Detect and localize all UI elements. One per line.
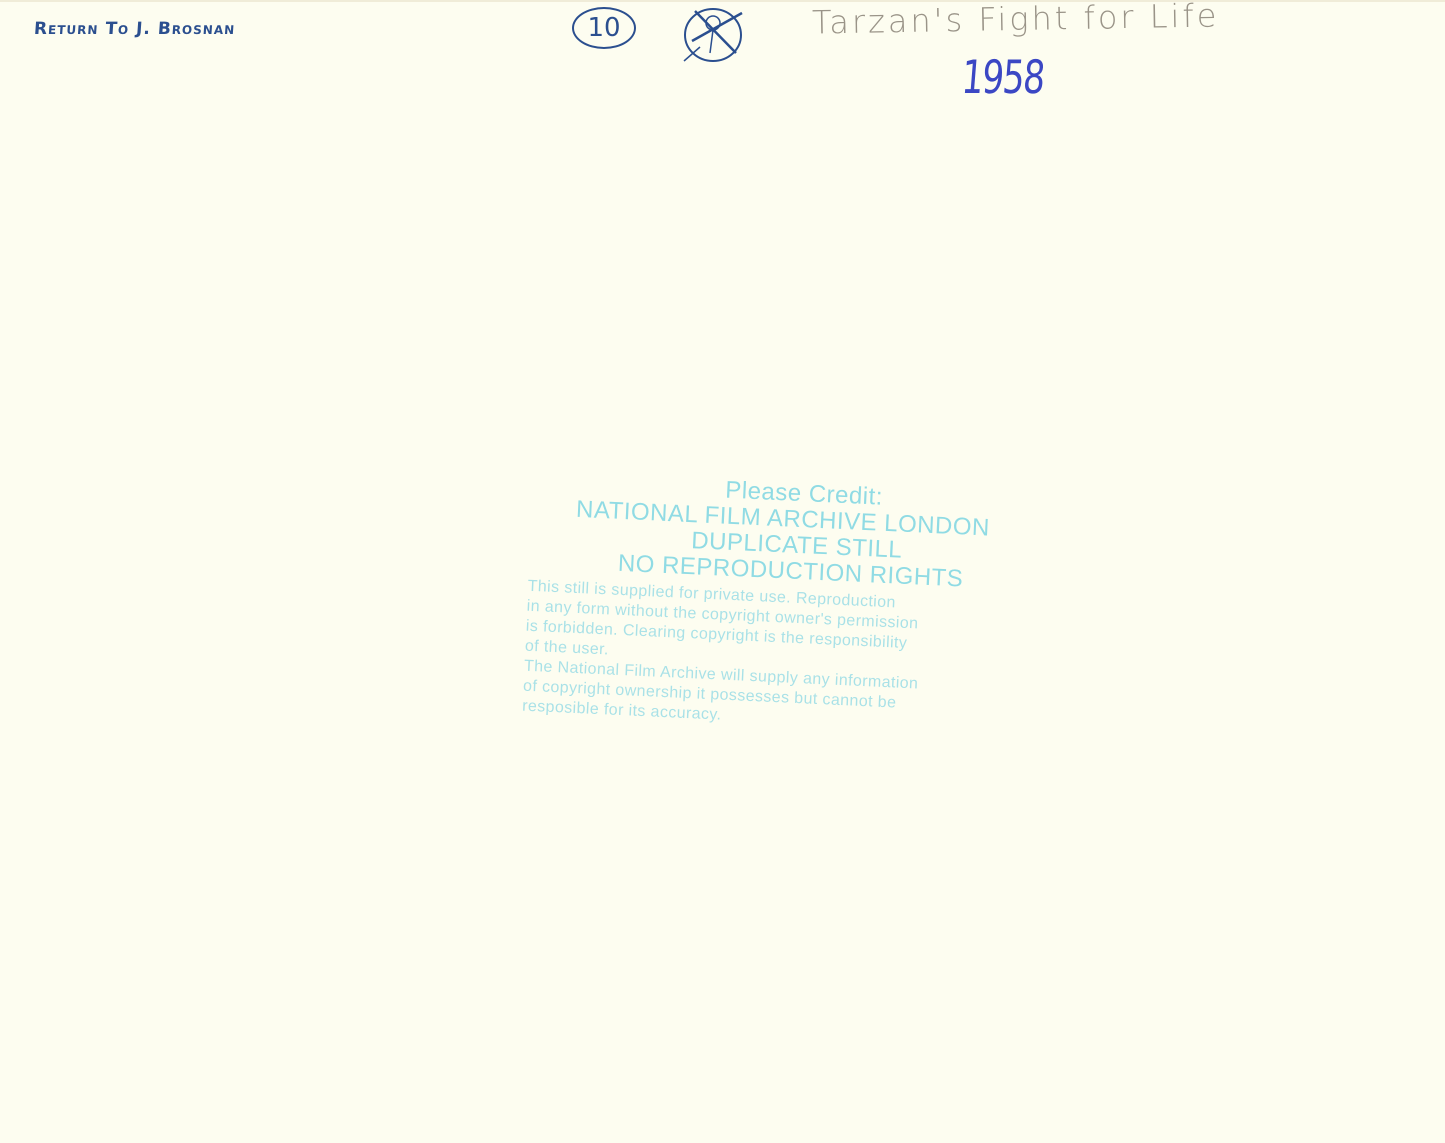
stamp-body: This still is supplied for private use. … — [504, 576, 1050, 740]
number-mark-text: 10 — [587, 13, 620, 43]
return-note: Return To J. Brosnan — [33, 19, 236, 39]
circled-number-mark: 10 — [572, 7, 636, 49]
film-title-note: Tarzan's Fight for Life — [812, 0, 1220, 42]
archive-stamp: Please Credit: NATIONAL FILM ARCHIVE LON… — [504, 468, 1055, 740]
year-note: 1958 — [960, 50, 1046, 104]
crossed-circle-icon — [680, 3, 748, 65]
